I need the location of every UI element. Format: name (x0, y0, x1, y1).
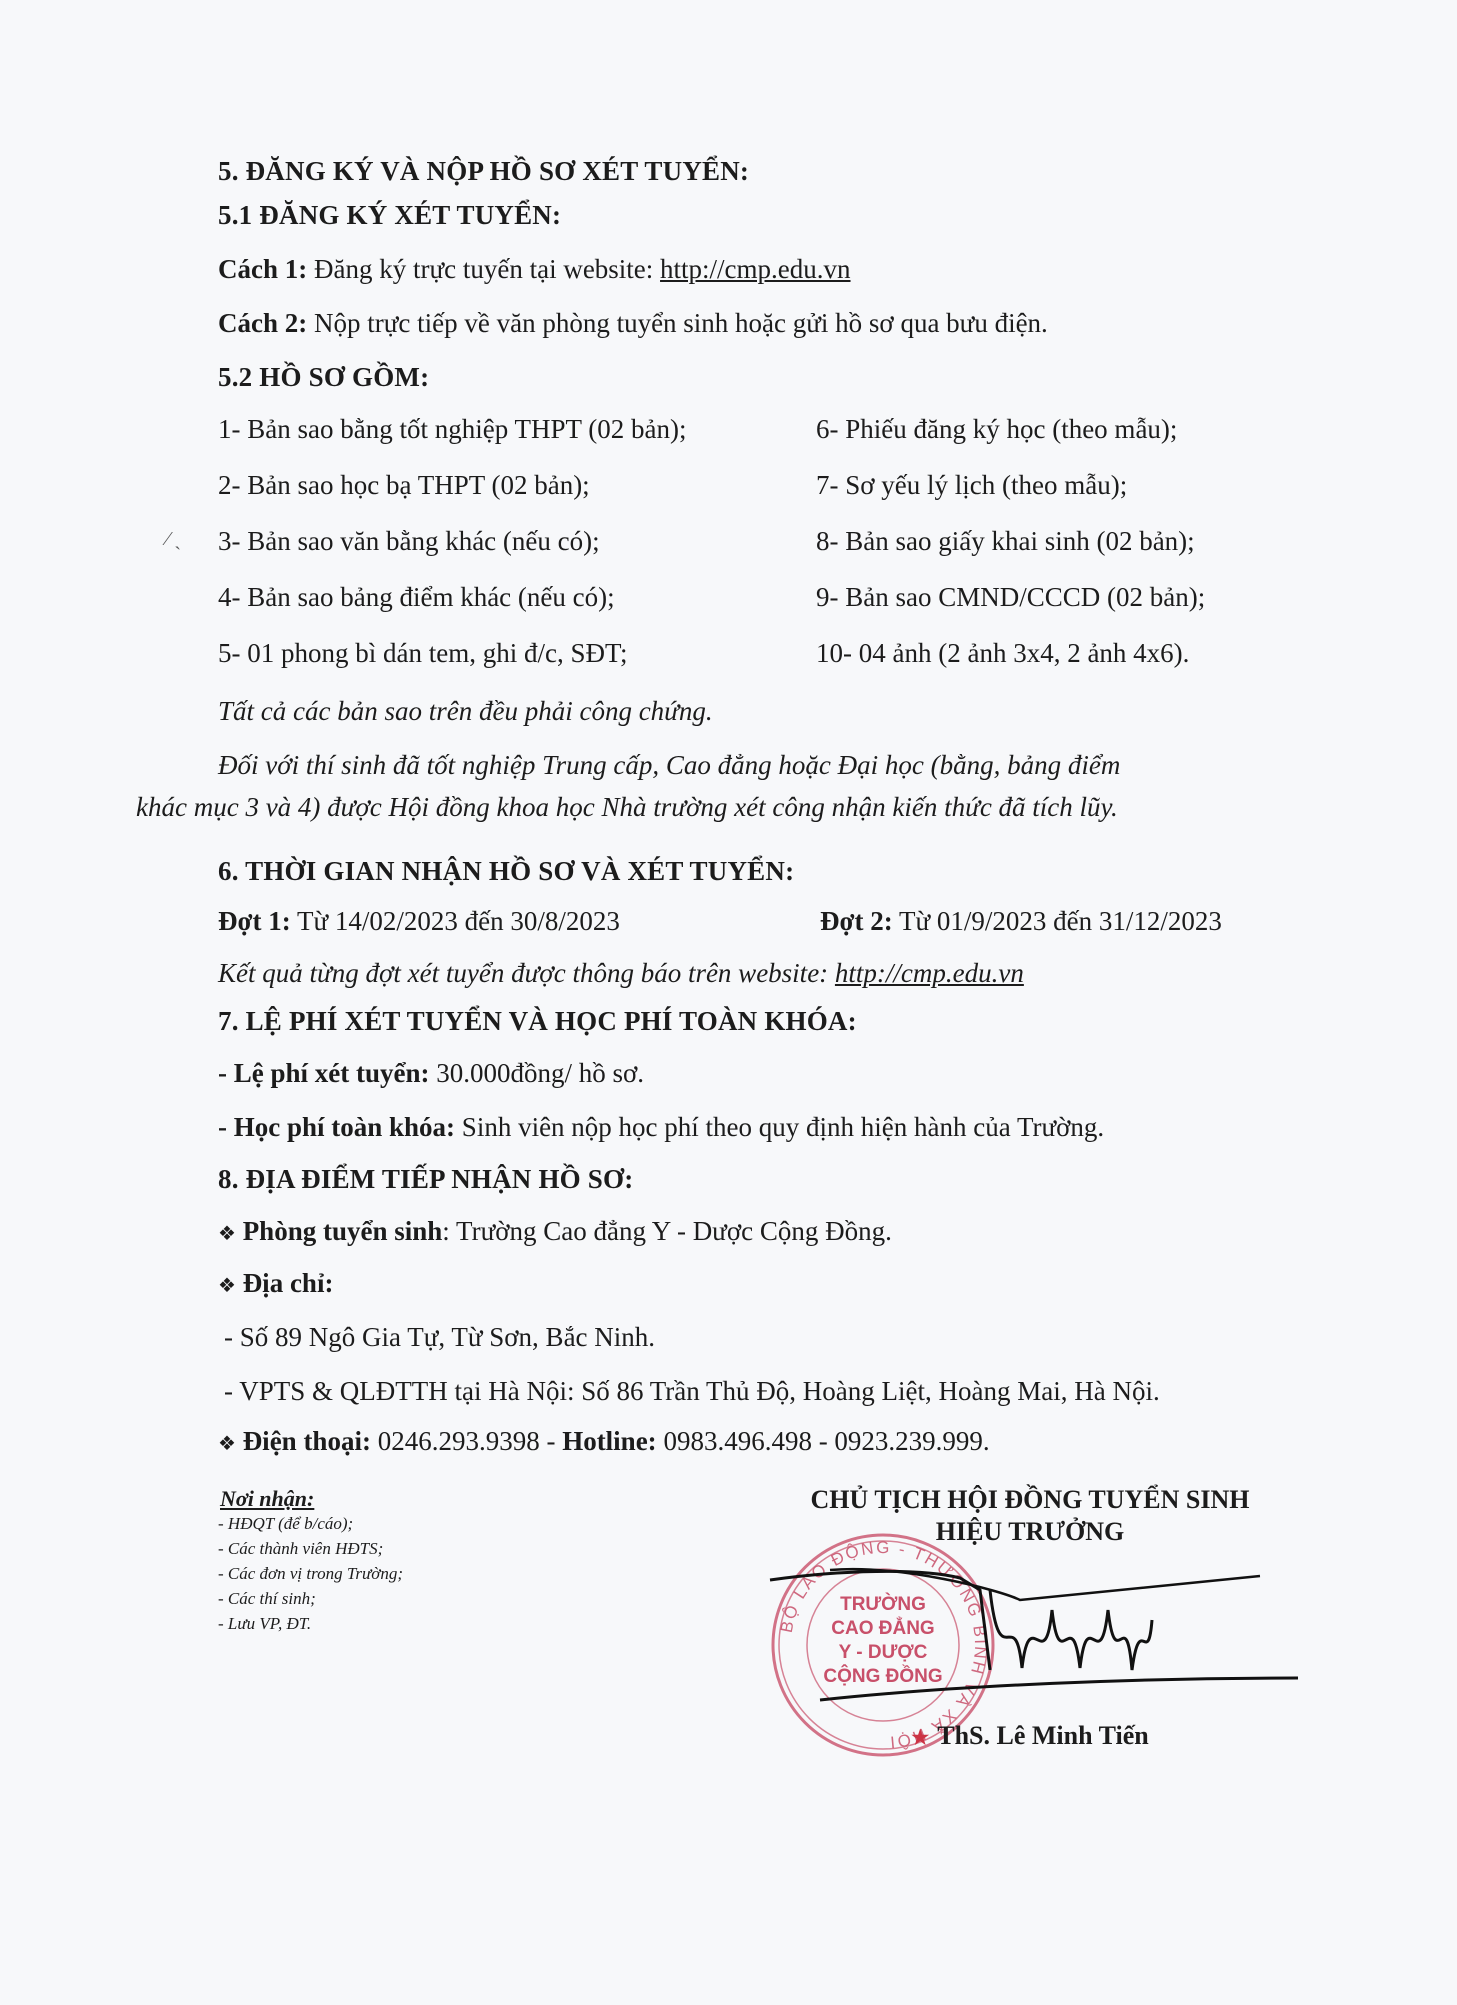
tuition-fee: - Học phí toàn khóa: Sinh viên nộp học p… (218, 1110, 1104, 1144)
way-1-label: Cách 1: (218, 254, 307, 284)
section-5-heading: 5. ĐĂNG KÝ VÀ NỘP HỒ SƠ XÉT TUYỂN: (218, 154, 749, 188)
way-1-text: Đăng ký trực tuyến tại website: (307, 254, 660, 284)
round-2: Đợt 2: Từ 01/9/2023 đến 31/12/2023 (820, 904, 1222, 938)
website-link[interactable]: http://cmp.edu.vn (660, 254, 850, 284)
signer-name-row: ★ThS. Lê Minh Tiến (760, 1720, 1300, 1754)
section-5-1-heading: 5.1 ĐĂNG KÝ XÉT TUYỂN: (218, 198, 561, 232)
margin-mark: ⁄ ˎ (166, 528, 181, 551)
diamond-bullet-icon: ❖ (218, 1275, 236, 1297)
round-2-label: Đợt 2: (820, 906, 893, 936)
section-8-heading: 8. ĐỊA ĐIỂM TIẾP NHẬN HỒ SƠ: (218, 1162, 633, 1196)
hotline-numbers: 0983.496.498 - 0923.239.999. (657, 1426, 990, 1456)
signer-name: ThS. Lê Minh Tiến (937, 1721, 1148, 1750)
section-7-heading: 7. LỆ PHÍ XÉT TUYỂN VÀ HỌC PHÍ TOÀN KHÓA… (218, 1004, 857, 1038)
way-2-text: Nộp trực tiếp về văn phòng tuyển sinh ho… (307, 308, 1048, 338)
recipient-item: - Các thí sinh; (218, 1589, 316, 1608)
address-label: Địa chỉ: (243, 1268, 334, 1298)
result-notice: Kết quả từng đợt xét tuyển được thông bá… (218, 956, 1024, 990)
contact-phones: ❖ Điện thoại: 0246.293.9398 - Hotline: 0… (218, 1424, 990, 1461)
signer-title-2: HIỆU TRƯỞNG (760, 1516, 1300, 1548)
document-item: 10- 04 ảnh (2 ảnh 3x4, 2 ảnh 4x6). (816, 636, 1189, 670)
tuition-text: Sinh viên nộp học phí theo quy định hiện… (455, 1112, 1104, 1142)
address-bac-ninh: - Số 89 Ngô Gia Tự, Từ Sơn, Bắc Ninh. (224, 1320, 655, 1354)
recipient-item: - Các thành viên HĐTS; (218, 1539, 383, 1558)
round-1: Đợt 1: Từ 14/02/2023 đến 30/8/2023 (218, 904, 620, 938)
round-1-label: Đợt 1: (218, 906, 291, 936)
result-website-link[interactable]: http://cmp.edu.vn (835, 958, 1024, 988)
admission-office: ❖ Phòng tuyển sinh: Trường Cao đẳng Y - … (218, 1214, 892, 1251)
registration-way-2: Cách 2: Nộp trực tiếp về văn phòng tuyển… (218, 306, 1048, 340)
result-text: Kết quả từng đợt xét tuyển được thông bá… (218, 958, 835, 988)
signer-title-1: CHỦ TỊCH HỘI ĐỒNG TUYỂN SINH (760, 1484, 1300, 1516)
star-icon: ★ (911, 1727, 929, 1749)
notarize-note: Tất cả các bản sao trên đều phải công ch… (218, 694, 713, 728)
document-item: 5- 01 phong bì dán tem, ghi đ/c, SĐT; (218, 636, 627, 670)
document-item: 7- Sơ yếu lý lịch (theo mẫu); (816, 468, 1127, 502)
fee-label: - Lệ phí xét tuyển: (218, 1058, 430, 1088)
way-2-label: Cách 2: (218, 308, 307, 338)
handwritten-signature-icon (760, 1560, 1300, 1710)
graduate-note-line-1: Đối với thí sinh đã tốt nghiệp Trung cấp… (218, 748, 1120, 782)
round-2-dates: Từ 01/9/2023 đến 31/12/2023 (893, 906, 1222, 936)
hotline-label: Hotline: (562, 1426, 657, 1456)
document-page: 5. ĐĂNG KÝ VÀ NỘP HỒ SƠ XÉT TUYỂN: 5.1 Đ… (0, 0, 1457, 2005)
registration-way-1: Cách 1: Đăng ký trực tuyến tại website: … (218, 252, 851, 286)
office-label: Phòng tuyển sinh (243, 1216, 443, 1246)
recipient-item: - Lưu VP, ĐT. (218, 1614, 311, 1633)
document-item: 9- Bản sao CMND/CCCD (02 bản); (816, 580, 1205, 614)
office-text: : Trường Cao đẳng Y - Dược Cộng Đồng. (442, 1216, 892, 1246)
section-6-heading: 6. THỜI GIAN NHẬN HỒ SƠ VÀ XÉT TUYỂN: (218, 854, 794, 888)
diamond-bullet-icon: ❖ (218, 1223, 236, 1245)
document-item: 4- Bản sao bảng điểm khác (nếu có); (218, 580, 615, 614)
phone-label: Điện thoại: (243, 1426, 371, 1456)
fee-value: 30.000đồng/ hồ sơ. (430, 1058, 645, 1088)
tuition-label: - Học phí toàn khóa: (218, 1112, 455, 1142)
address-heading: ❖ Địa chỉ: (218, 1266, 333, 1303)
recipient-item: - HĐQT (để b/cáo); (218, 1514, 353, 1533)
recipient-item: - Các đơn vị trong Trường; (218, 1564, 403, 1583)
document-item: 1- Bản sao bằng tốt nghiệp THPT (02 bản)… (218, 412, 686, 446)
document-item: 6- Phiếu đăng ký học (theo mẫu); (816, 412, 1177, 446)
application-fee: - Lệ phí xét tuyển: 30.000đồng/ hồ sơ. (218, 1056, 644, 1090)
diamond-bullet-icon: ❖ (218, 1433, 236, 1455)
graduate-note-line-2: khác mục 3 và 4) được Hội đồng khoa học … (136, 790, 1118, 824)
document-item: 3- Bản sao văn bằng khác (nếu có); (218, 524, 600, 558)
section-5-2-heading: 5.2 HỒ SƠ GỒM: (218, 360, 429, 394)
address-ha-noi: - VPTS & QLĐTTH tại Hà Nội: Số 86 Trần T… (224, 1374, 1160, 1408)
recipients-title: Nơi nhận: (220, 1486, 314, 1512)
document-item: 8- Bản sao giấy khai sinh (02 bản); (816, 524, 1195, 558)
phone-number: 0246.293.9398 - (371, 1426, 562, 1456)
document-item: 2- Bản sao học bạ THPT (02 bản); (218, 468, 590, 502)
round-1-dates: Từ 14/02/2023 đến 30/8/2023 (291, 906, 620, 936)
